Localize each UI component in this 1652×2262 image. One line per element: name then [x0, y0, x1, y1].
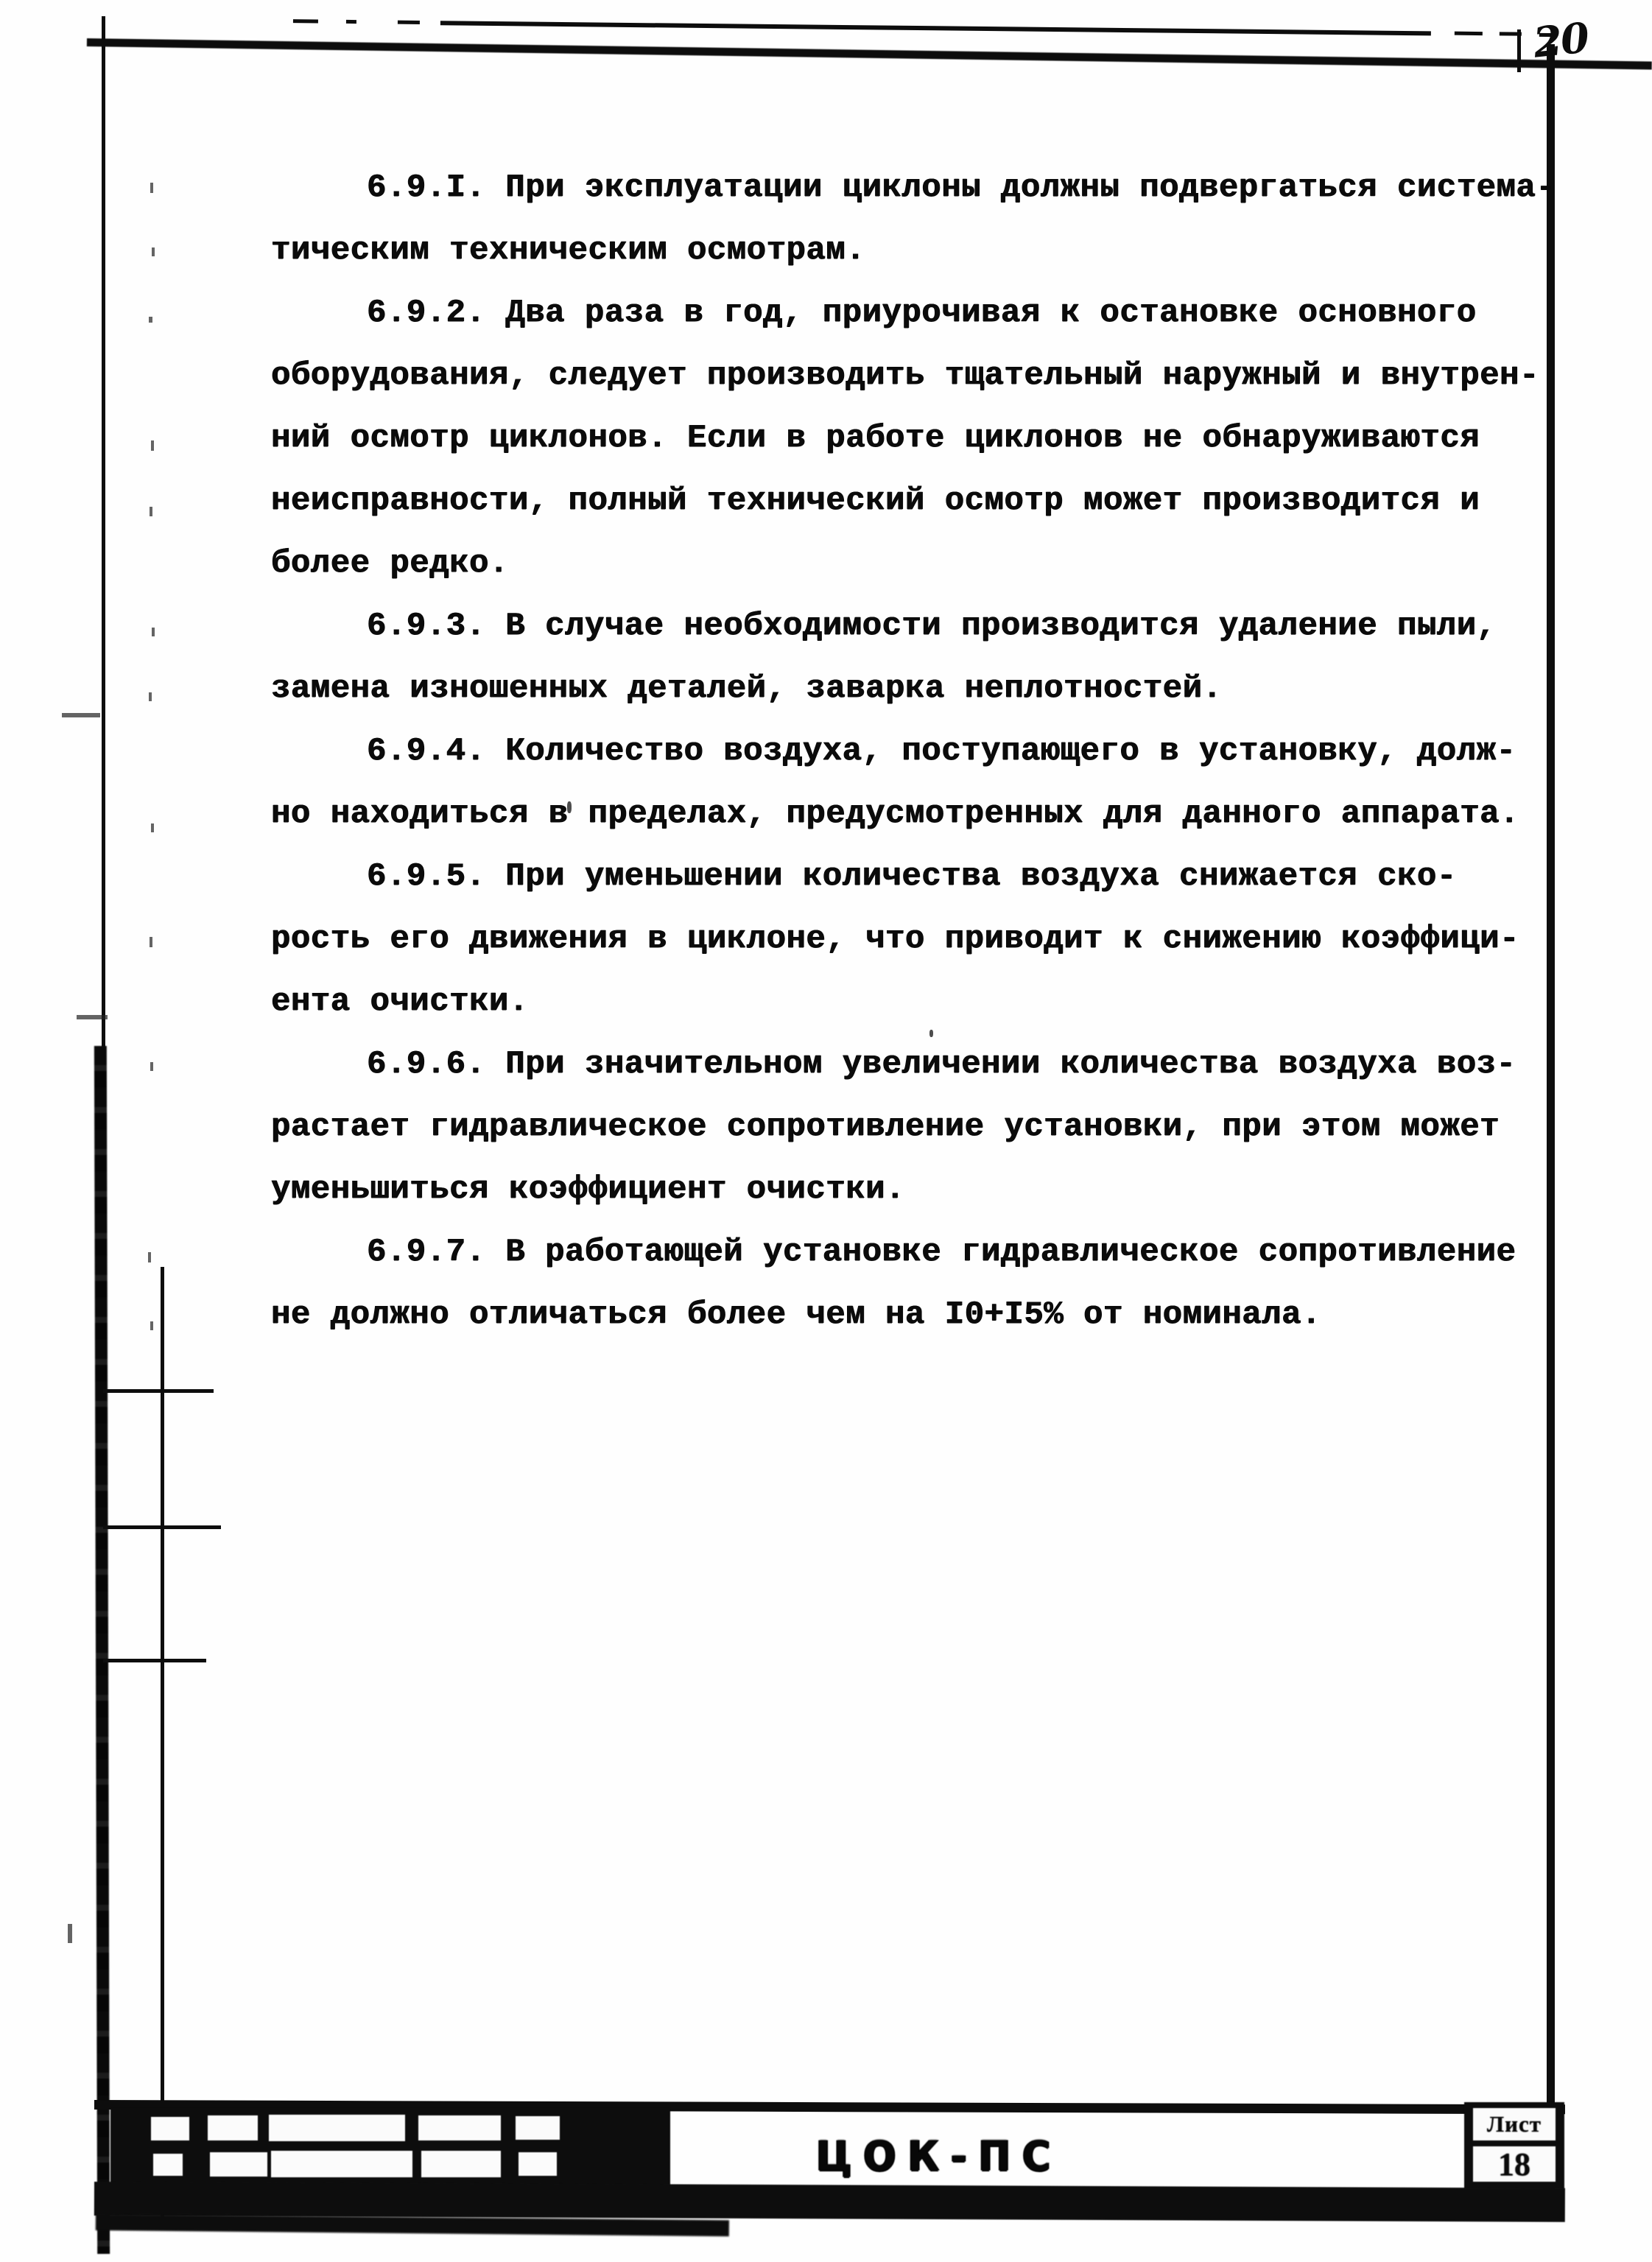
stamp-cell — [153, 2154, 183, 2176]
left-binding-edge — [102, 16, 105, 1084]
corner-tick — [1517, 29, 1521, 72]
stamp-cell — [519, 2152, 557, 2176]
margin-tick — [148, 1252, 151, 1262]
border-segment — [440, 21, 1431, 35]
margin-tick — [151, 440, 154, 451]
text-line: оборудования, следует производить тщател… — [271, 345, 1553, 407]
text-line: 6.9.6. При значительном увеличении колич… — [271, 1033, 1553, 1096]
margin-tick — [149, 692, 152, 701]
text-line: тическим техническим осмотрам. — [271, 219, 1553, 282]
margin-tick — [150, 937, 152, 947]
text-line: 6.9.3. В случае необходимости производит… — [271, 595, 1553, 658]
border-segment — [346, 20, 356, 24]
body-text: 6.9.I. При эксплуатации циклоны должны п… — [271, 157, 1553, 1346]
margin-tick — [150, 507, 152, 516]
border-segment — [293, 19, 318, 23]
text-line: более редко. — [271, 533, 1553, 595]
text-line: 6.9.7. В работающей установке гидравличе… — [271, 1221, 1553, 1284]
document-code: ЦОК-ПС — [816, 2133, 1062, 2181]
text-line: рость его движения в циклоне, что привод… — [271, 908, 1553, 971]
sheet-number: 18 — [1473, 2146, 1556, 2182]
page-number-handwritten: 20 — [1531, 13, 1590, 67]
margin-dash — [77, 1015, 108, 1019]
sheet-label: Лист — [1473, 2108, 1556, 2140]
margin-tick — [150, 1321, 153, 1330]
margin-tick — [150, 1062, 153, 1071]
text-line: уменьшиться коэффициент очистки. — [271, 1159, 1553, 1221]
margin-tick — [152, 628, 155, 636]
margin-dash — [68, 1924, 72, 1943]
stamp-cell — [271, 2151, 412, 2177]
margin-tick — [152, 247, 155, 256]
left-binding-edge-lower — [94, 1046, 110, 2254]
stamp-cell — [269, 2115, 405, 2141]
text-line: 6.9.4. Количество воздуха, поступающего … — [271, 720, 1553, 783]
margin-dash — [62, 713, 100, 717]
stamp-cell — [151, 2117, 189, 2140]
frame-connector — [103, 1525, 221, 1529]
margin-tick — [149, 317, 152, 323]
top-border-line — [87, 38, 1652, 70]
frame-connector — [103, 1659, 206, 1662]
text-line: 6.9.2. Два раза в год, приурочивая к ост… — [271, 282, 1553, 345]
stamp-cell — [418, 2115, 501, 2140]
text-line: неисправности, полный технический осмотр… — [271, 470, 1553, 533]
sheet-box: Лист 18 — [1464, 2102, 1564, 2189]
text-line: 6.9.5. При уменьшении количества воздуха… — [271, 846, 1553, 908]
text-line: 6.9.I. При эксплуатации циклоны должны п… — [271, 157, 1553, 219]
text-line: но находиться в пределах, предусмотренны… — [271, 783, 1553, 846]
stamp-cell — [516, 2116, 560, 2140]
text-line: замена изношенных деталей, заварка непло… — [271, 658, 1553, 720]
margin-tick — [151, 823, 154, 832]
stamp-cell — [210, 2152, 267, 2177]
text-line: не должно отличаться более чем на I0+I5%… — [271, 1284, 1553, 1346]
margin-tick — [150, 183, 153, 193]
text-line: ний осмотр циклонов. Если в работе цикло… — [271, 407, 1553, 470]
stamp-cell — [208, 2115, 258, 2140]
document-page: 20 6.9.I. При эксплуатации циклоны должн… — [0, 0, 1652, 2262]
border-segment — [398, 21, 420, 24]
border-segment — [1455, 32, 1483, 35]
frame-connector — [103, 1389, 214, 1393]
stamp-cell — [421, 2151, 501, 2177]
left-frame-line — [161, 1267, 164, 2217]
top-border-dashed — [0, 16, 1652, 39]
text-line: растает гидравлическое сопротивление уст… — [271, 1096, 1553, 1159]
text-line: ента очистки. — [271, 971, 1553, 1033]
